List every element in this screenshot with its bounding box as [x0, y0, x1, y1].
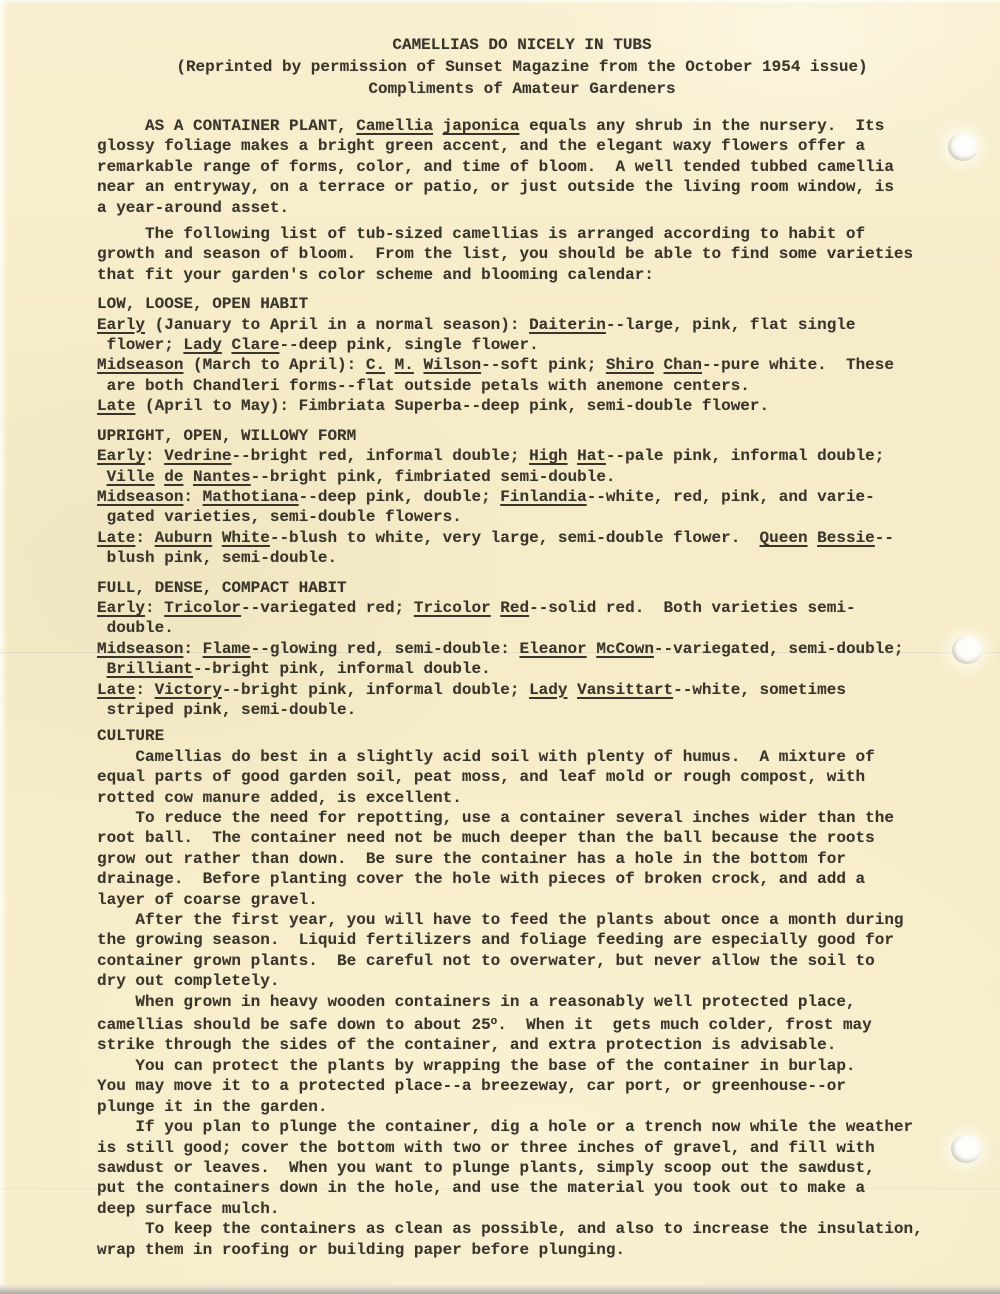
text-line: glossy foliage makes a bright green acce… — [97, 136, 947, 156]
text-line: dry out completely. — [97, 971, 947, 991]
text-segment: remarkable range of forms, color, and ti… — [97, 158, 894, 176]
text-segment — [654, 356, 664, 374]
scan-bottom-edge — [0, 1284, 1000, 1294]
text-line: container grown plants. Be careful not t… — [97, 951, 947, 971]
text-segment: --white, red, pink, and varie- — [587, 488, 875, 506]
underlined-text: White — [222, 529, 270, 547]
text-segment: sawdust or leaves. When you want to plun… — [97, 1159, 875, 1177]
text-segment: glossy foliage makes a bright green acce… — [97, 137, 865, 155]
text-line: Late: Auburn White--blush to white, very… — [97, 528, 947, 548]
underlined-text: Eleanor — [519, 640, 586, 658]
text-line: If you plan to plunge the container, dig… — [97, 1117, 947, 1137]
text-line: equal parts of good garden soil, peat mo… — [97, 767, 947, 787]
text-segment: layer of coarse gravel. — [97, 891, 318, 909]
text-line: grow out rather than down. Be sure the c… — [97, 849, 947, 869]
text-segment: --variegated, semi-double; — [654, 640, 904, 658]
text-segment: a year-around asset. — [97, 199, 289, 217]
text-segment: : — [135, 529, 154, 547]
text-line: FULL, DENSE, COMPACT HABIT — [97, 578, 947, 598]
text-segment: put the containers down in the hole, and… — [97, 1179, 865, 1197]
text-segment: --large, pink, flat single — [606, 316, 856, 334]
underlined-text: Midseason — [97, 356, 183, 374]
text-segment: -- — [875, 529, 894, 547]
text-segment: . When it gets much colder, frost may — [497, 1016, 871, 1034]
text-segment: After the first year, you will have to f… — [97, 911, 904, 929]
text-segment: AS A CONTAINER PLANT, — [97, 117, 356, 135]
underlined-text: Lady — [183, 336, 221, 354]
text-segment: double. — [97, 619, 174, 637]
text-line: drainage. Before planting cover the hole… — [97, 869, 947, 889]
text-line: Midseason: Flame--glowing red, semi-doub… — [97, 639, 947, 659]
text-line: near an entryway, on a terrace or patio,… — [97, 177, 947, 197]
text-segment: gated varieties, semi-double flowers. — [97, 508, 462, 526]
text-segment — [385, 356, 395, 374]
text-line: Early (January to April in a normal seas… — [97, 315, 947, 335]
text-segment: (March to April): — [183, 356, 365, 374]
text-segment: FULL, DENSE, COMPACT HABIT — [97, 579, 347, 597]
text-segment: drainage. Before planting cover the hole… — [97, 870, 865, 888]
text-line: a year-around asset. — [97, 198, 947, 218]
text-line: Midseason (March to April): C. M. Wilson… — [97, 355, 947, 375]
scanned-document-page: CAMELLIAS DO NICELY IN TUBS (Reprinted b… — [0, 0, 1000, 1294]
text-line: You may move it to a protected place--a … — [97, 1076, 947, 1096]
text-segment: wrap them in roofing or building paper b… — [97, 1241, 625, 1259]
text-segment: : — [183, 488, 202, 506]
text-segment: equal parts of good garden soil, peat mo… — [97, 768, 865, 786]
text-segment: camellias should be safe down to about 2… — [97, 1016, 491, 1034]
underlined-text: Victory — [155, 681, 222, 699]
underlined-text: Midseason — [97, 640, 183, 658]
text-segment: --bright red, informal double; — [231, 447, 529, 465]
text-line: camellias should be safe down to about 2… — [97, 1012, 947, 1035]
underlined-text: Late — [97, 397, 135, 415]
text-line: that fit your garden's color scheme and … — [97, 265, 947, 285]
text-line: rotted cow manure added, is excellent. — [97, 788, 947, 808]
text-line: The following list of tub-sized camellia… — [97, 224, 947, 244]
text-segment: strike through the sides of the containe… — [97, 1036, 836, 1054]
text-segment — [587, 640, 597, 658]
underlined-text: Early — [97, 599, 145, 617]
underlined-text: High — [529, 447, 567, 465]
text-line: put the containers down in the hole, and… — [97, 1178, 947, 1198]
text-line: deep surface mulch. — [97, 1199, 947, 1219]
text-segment: (January to April in a normal season): — [145, 316, 529, 334]
text-line: Early: Vedrine--bright red, informal dou… — [97, 446, 947, 466]
text-line: growth and season of bloom. From the lis… — [97, 244, 947, 264]
text-segment: --deep pink, double; — [299, 488, 501, 506]
underlined-text: Late — [97, 529, 135, 547]
text-segment: the growing season. Liquid fertilizers a… — [97, 931, 894, 949]
underlined-text: Hat — [577, 447, 606, 465]
text-segment: deep surface mulch. — [97, 1200, 279, 1218]
text-segment: --pale pink, informal double; — [606, 447, 884, 465]
text-line: flower; Lady Clare--deep pink, single fl… — [97, 335, 947, 355]
text-line: layer of coarse gravel. — [97, 890, 947, 910]
text-segment: If you plan to plunge the container, dig… — [97, 1118, 913, 1136]
text-segment: (April to May): Fimbriata Superba--deep … — [135, 397, 769, 415]
text-segment — [97, 468, 107, 486]
text-segment: growth and season of bloom. From the lis… — [97, 245, 913, 263]
text-segment: rotted cow manure added, is excellent. — [97, 789, 462, 807]
text-segment: : — [145, 599, 164, 617]
text-segment — [97, 660, 107, 678]
text-segment: container grown plants. Be careful not t… — [97, 952, 875, 970]
text-line: Midseason: Mathotiana--deep pink, double… — [97, 487, 947, 507]
text-segment: grow out rather than down. Be sure the c… — [97, 850, 846, 868]
underlined-text: Auburn — [155, 529, 213, 547]
text-segment: --pure white. These — [702, 356, 894, 374]
document-header: CAMELLIAS DO NICELY IN TUBS (Reprinted b… — [97, 34, 947, 100]
document-subtitle: (Reprinted by permission of Sunset Magaz… — [97, 56, 947, 78]
text-line: UPRIGHT, OPEN, WILLOWY FORM — [97, 426, 947, 446]
text-line: double. — [97, 618, 947, 638]
underlined-text: Nantes — [193, 468, 251, 486]
text-segment: --variegated red; — [241, 599, 414, 617]
text-segment: --soft pink; — [481, 356, 606, 374]
text-segment: To reduce the need for repotting, use a … — [97, 809, 894, 827]
text-line: AS A CONTAINER PLANT, Camellia japonica … — [97, 116, 947, 136]
underlined-text: de — [164, 468, 183, 486]
text-segment: blush pink, semi-double. — [97, 549, 337, 567]
text-segment: : — [183, 640, 202, 658]
punch-hole — [952, 636, 982, 664]
text-segment: --glowing red, semi-double: — [251, 640, 520, 658]
underlined-text: Ville — [107, 468, 155, 486]
paper-edge-top — [0, 0, 1000, 4]
underlined-text: Clare — [231, 336, 279, 354]
underlined-text: Shiro — [606, 356, 654, 374]
text-segment: --bright pink, fimbriated semi-double. — [251, 468, 616, 486]
underlined-text: Vansittart — [577, 681, 673, 699]
underlined-text: Flame — [203, 640, 251, 658]
text-segment: : — [135, 681, 154, 699]
text-segment — [183, 468, 193, 486]
text-segment: equals any shrub in the nursery. Its — [519, 117, 884, 135]
punch-hole — [951, 1135, 981, 1163]
text-segment: --bright pink, informal double; — [222, 681, 529, 699]
text-segment — [808, 529, 818, 547]
text-segment: --deep pink, single flower. — [279, 336, 538, 354]
text-segment — [222, 336, 232, 354]
text-line: Early: Tricolor--variegated red; Tricolo… — [97, 598, 947, 618]
text-segment: --blush to white, very large, semi-doubl… — [270, 529, 760, 547]
text-line: Late: Victory--bright pink, informal dou… — [97, 680, 947, 700]
underlined-text: Early — [97, 316, 145, 334]
text-segment: : — [145, 447, 164, 465]
text-segment: UPRIGHT, OPEN, WILLOWY FORM — [97, 427, 356, 445]
text-segment: dry out completely. — [97, 972, 279, 990]
underlined-text: Early — [97, 447, 145, 465]
underlined-text: Chan — [664, 356, 702, 374]
underlined-text: Lady — [529, 681, 567, 699]
text-segment: The following list of tub-sized camellia… — [97, 225, 865, 243]
text-line: striped pink, semi-double. — [97, 700, 947, 720]
text-segment: --white, sometimes — [673, 681, 846, 699]
text-segment: are both Chandleri forms--flat outside p… — [97, 377, 750, 395]
text-line: wrap them in roofing or building paper b… — [97, 1240, 947, 1260]
text-line: strike through the sides of the containe… — [97, 1035, 947, 1055]
text-segment: LOW, LOOSE, OPEN HABIT — [97, 295, 308, 313]
text-line: LOW, LOOSE, OPEN HABIT — [97, 294, 947, 314]
underlined-text: Finlandia — [500, 488, 586, 506]
text-segment: To keep the containers as clean as possi… — [97, 1220, 923, 1238]
text-line: sawdust or leaves. When you want to plun… — [97, 1158, 947, 1178]
text-segment: root ball. The container need not be muc… — [97, 829, 875, 847]
underlined-text: Queen — [760, 529, 808, 547]
underlined-text: M. — [395, 356, 414, 374]
text-line: When grown in heavy wooden containers in… — [97, 992, 947, 1012]
text-segment: CULTURE — [97, 727, 164, 745]
text-line: Brilliant--bright pink, informal double. — [97, 659, 947, 679]
underlined-text: Brilliant — [107, 660, 193, 678]
text-segment: --bright pink, informal double. — [193, 660, 491, 678]
text-line: After the first year, you will have to f… — [97, 910, 947, 930]
text-line: blush pink, semi-double. — [97, 548, 947, 568]
underlined-text: Tricolor — [164, 599, 241, 617]
text-segment — [212, 529, 222, 547]
text-segment: is still good; cover the bottom with two… — [97, 1139, 875, 1157]
underlined-text: Vedrine — [164, 447, 231, 465]
text-line: remarkable range of forms, color, and ti… — [97, 157, 947, 177]
text-segment — [568, 447, 578, 465]
text-line: is still good; cover the bottom with two… — [97, 1138, 947, 1158]
underlined-text: Midseason — [97, 488, 183, 506]
text-segment: plunge it in the garden. — [97, 1098, 327, 1116]
text-segment: near an entryway, on a terrace or patio,… — [97, 178, 894, 196]
text-segment: striped pink, semi-double. — [97, 701, 356, 719]
text-line: the growing season. Liquid fertilizers a… — [97, 930, 947, 950]
text-line: You can protect the plants by wrapping t… — [97, 1056, 947, 1076]
text-segment — [567, 681, 577, 699]
text-segment: You can protect the plants by wrapping t… — [97, 1057, 856, 1075]
document-attribution: Compliments of Amateur Gardeners — [97, 78, 947, 100]
text-segment: Camellias do best in a slightly acid soi… — [97, 748, 875, 766]
text-line: Camellias do best in a slightly acid soi… — [97, 747, 947, 767]
underlined-text: Bessie — [817, 529, 875, 547]
text-line: To reduce the need for repotting, use a … — [97, 808, 947, 828]
document-title: CAMELLIAS DO NICELY IN TUBS — [97, 34, 947, 56]
document-content: CAMELLIAS DO NICELY IN TUBS (Reprinted b… — [97, 34, 947, 1260]
underlined-text: Red — [500, 599, 529, 617]
punch-hole — [948, 133, 978, 161]
text-line: Ville de Nantes--bright pink, fimbriated… — [97, 467, 947, 487]
text-line: CULTURE — [97, 726, 947, 746]
paper-edge-left — [0, 0, 8, 1294]
underlined-text: Daiterin — [529, 316, 606, 334]
text-segment: flower; — [97, 336, 183, 354]
underlined-text: Mathotiana — [203, 488, 299, 506]
text-segment: You may move it to a protected place--a … — [97, 1077, 846, 1095]
underlined-text: japonica — [443, 117, 520, 135]
text-segment: --solid red. Both varieties semi- — [529, 599, 855, 617]
underlined-text: McCown — [596, 640, 654, 658]
text-segment — [433, 117, 443, 135]
text-line: root ball. The container need not be muc… — [97, 828, 947, 848]
text-line: plunge it in the garden. — [97, 1097, 947, 1117]
text-segment: that fit your garden's color scheme and … — [97, 266, 654, 284]
text-line: Late (April to May): Fimbriata Superba--… — [97, 396, 947, 416]
text-line: To keep the containers as clean as possi… — [97, 1219, 947, 1239]
underlined-text: Camellia — [356, 117, 433, 135]
underlined-text: Tricolor — [414, 599, 491, 617]
underlined-text: Late — [97, 681, 135, 699]
text-line: gated varieties, semi-double flowers. — [97, 507, 947, 527]
text-segment: When grown in heavy wooden containers in… — [97, 993, 856, 1011]
document-body: AS A CONTAINER PLANT, Camellia japonica … — [97, 116, 947, 1260]
underlined-text: Wilson — [423, 356, 481, 374]
text-segment — [491, 599, 501, 617]
text-segment — [155, 468, 165, 486]
text-line: are both Chandleri forms--flat outside p… — [97, 376, 947, 396]
underlined-text: C. — [366, 356, 385, 374]
